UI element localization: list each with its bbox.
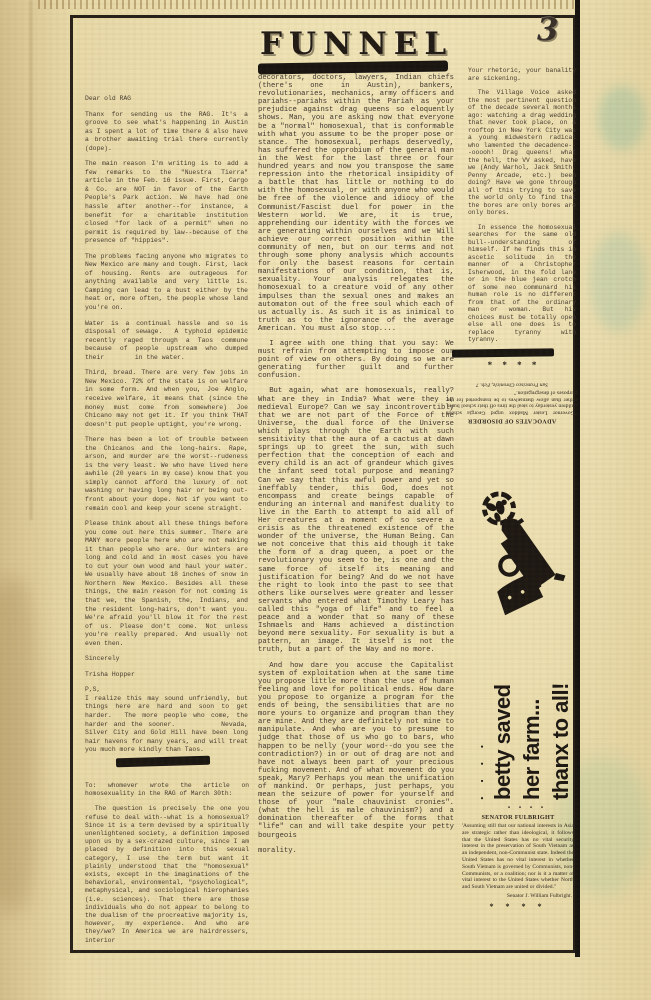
article-paragraph: decorators, doctors, lawyers, Indian chi… (258, 74, 454, 333)
masthead-title: FUNNEL (260, 26, 453, 62)
article-paragraph: And how dare you accuse the Capitalist s… (258, 662, 454, 840)
section-divider-bar (452, 348, 554, 357)
letter-paragraph: There has been a lot of trouble between … (85, 436, 248, 513)
letter-paragraph: Thanx for sending us the RAG. It's a gro… (85, 111, 248, 154)
page-number: 3 (537, 12, 559, 48)
article-paragraph: But again, what are homosexuals, really?… (258, 387, 454, 654)
clipping-title: ADVOCATES OF DISORDER (447, 417, 577, 424)
betty-rotated-message: . . . . betty saved her farm... thanx to… (472, 600, 575, 800)
ink-showthrough-stain (598, 86, 646, 150)
letter-paragraph: Water is a continual hassle and so is di… (85, 320, 248, 363)
quote-attribution: Senator J. William Fulbright. (462, 893, 572, 899)
perforation-strip (38, 0, 583, 9)
left-column-letter: Dear old RAG Thanx for sending us the RA… (85, 95, 248, 762)
betty-line: thanx to all! (546, 600, 575, 800)
article-paragraph: I agree with one thing that you say: We … (258, 340, 454, 380)
postscript-label: P,S, (85, 686, 248, 695)
letter-paragraph: The question is precisely the one you re… (85, 805, 249, 944)
fulbright-quote-block: SENATOR FULBRIGHT 'Assuming still that o… (462, 814, 574, 919)
newspaper-page: FUNNEL 3 Dear old RAG Thanx for sending … (0, 0, 651, 1000)
edge-stain (0, 580, 37, 910)
maddox-clipping-upside-down: ADVOCATES OF DISORDER "Governor Lester M… (447, 381, 577, 424)
middle-column: decorators, doctors, lawyers, Indian chi… (258, 74, 454, 862)
postscript: I realize this may sound unfriendly, but… (85, 695, 248, 755)
closing: Sincerely (85, 655, 248, 664)
letter-address-line: To: whomever wrote the article on homose… (85, 782, 249, 798)
betty-line: betty saved (488, 600, 517, 800)
letter-paragraph: The main reason I'm writing is to add a … (85, 160, 248, 245)
article-paragraph: Your rhetoric, your banality are sickeni… (468, 67, 576, 82)
dots-separator: . . . . (482, 800, 572, 811)
quote-title: SENATOR FULBRIGHT (462, 814, 574, 821)
article-paragraph: The Village Voice asked the most pertine… (468, 89, 576, 217)
paper-crease (30, 0, 32, 520)
quote-body: 'Assuming still that our national intere… (462, 823, 574, 891)
ink-showthrough-stain (590, 232, 646, 332)
letter-paragraph: Please think about all these things befo… (85, 520, 248, 648)
salutation: Dear old RAG (85, 95, 248, 104)
letter-paragraph: Third, bread. There are very few jobs in… (85, 369, 248, 429)
stars-separator: * * * * (462, 360, 566, 370)
betty-line: her farm... (517, 600, 546, 800)
stars-separator: * * * * (462, 902, 574, 911)
left-column-second-letter: To: whomever wrote the article on homose… (85, 782, 249, 952)
right-column: Your rhetoric, your banality are sickeni… (468, 67, 576, 365)
article-paragraph: In essence the homosexual searches for t… (468, 224, 576, 344)
article-paragraph: morality. (258, 847, 454, 855)
clipping-body: "Governor Lester Maddox urged Georgia sc… (447, 389, 577, 415)
clipping-source: San Francisco Chronicle, Feb. 7 (447, 381, 577, 387)
letter-paragraph: The problems facing anyone who migrates … (85, 253, 248, 313)
dots-separator: . . . . (472, 600, 488, 800)
signature: Trisha Hopper (85, 671, 248, 680)
